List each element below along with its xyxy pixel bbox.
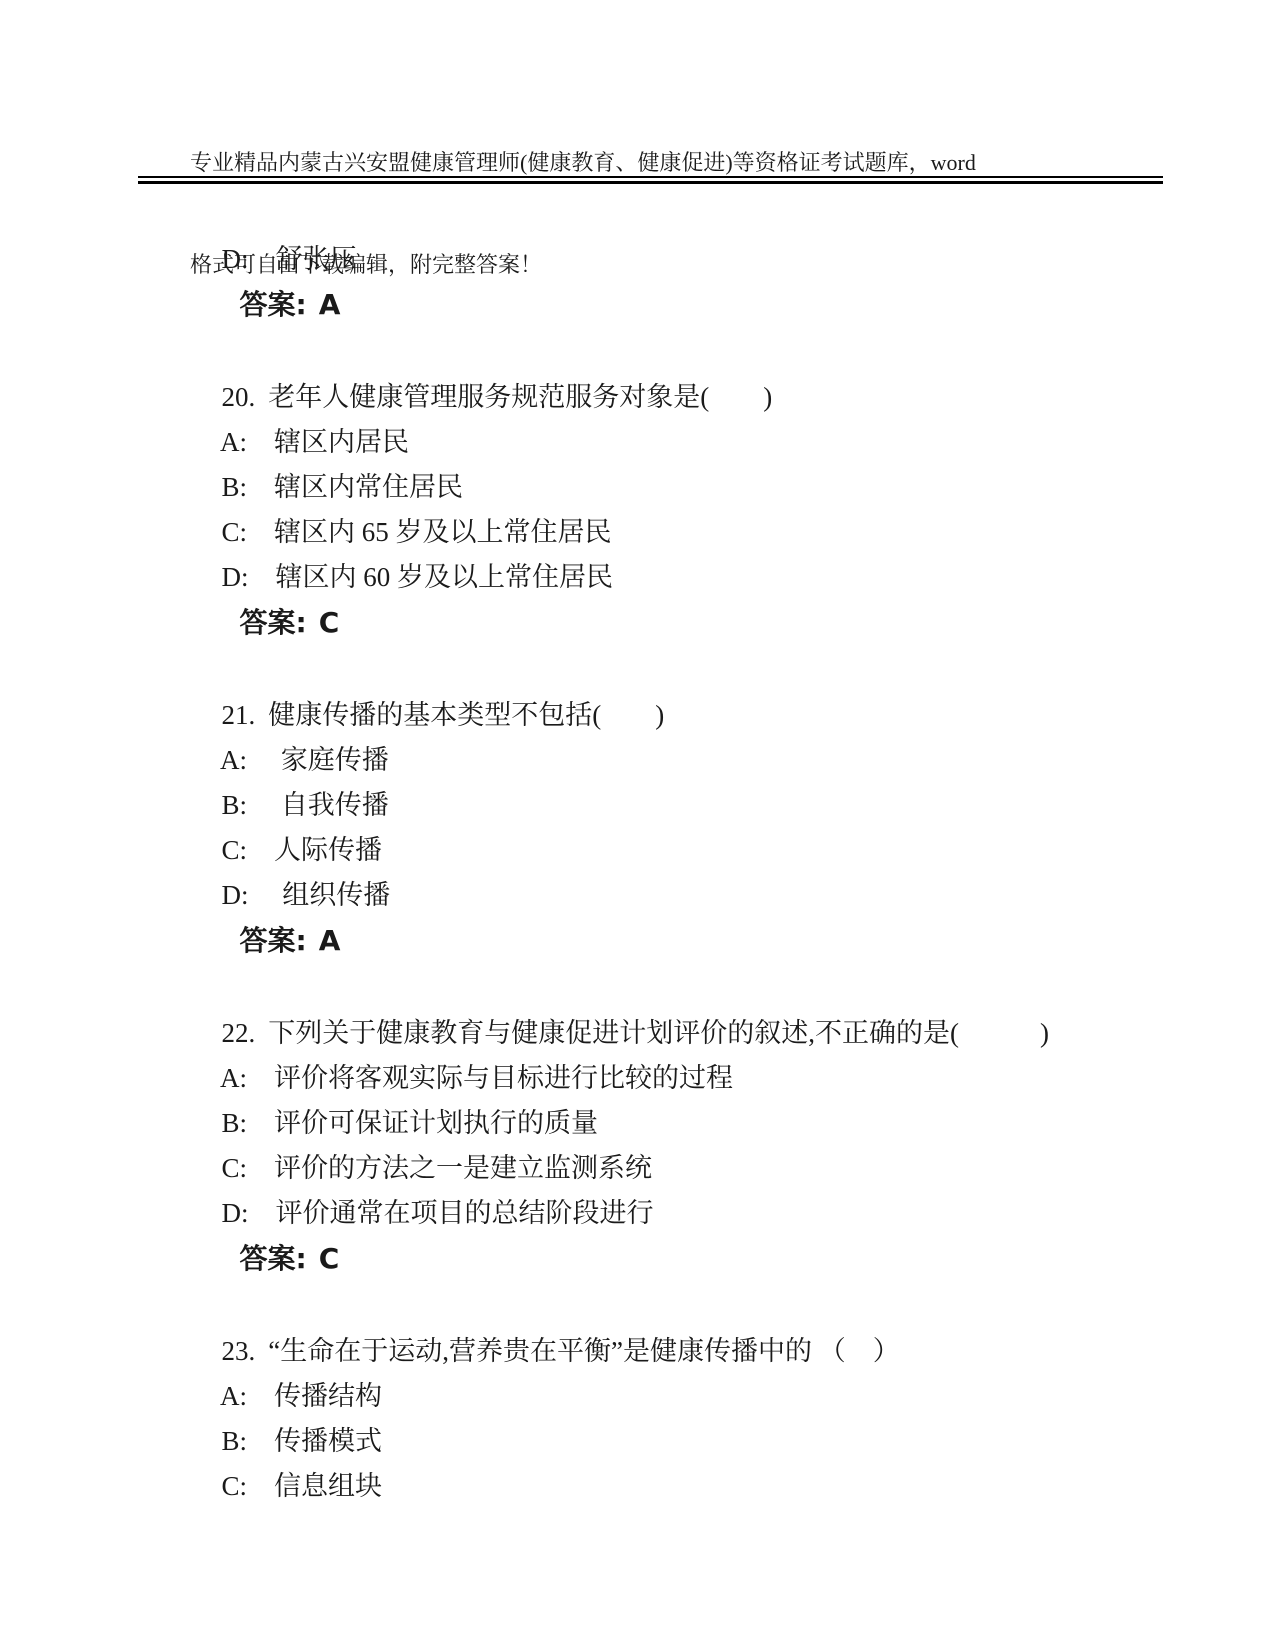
- option-label: C:: [222, 1471, 248, 1501]
- question-row: 20.老年人健康管理服务规范服务对象是( ): [181, 330, 1049, 375]
- option-text: 组织传播: [249, 880, 391, 910]
- answer-label: 答案:: [240, 924, 307, 957]
- answer-label: 答案:: [240, 1242, 307, 1275]
- option-label: A:: [220, 427, 247, 457]
- answer-label: 答案:: [240, 288, 307, 321]
- answer-value: A: [319, 288, 341, 321]
- question-row: 21.健康传播的基本类型不包括( ): [181, 648, 1049, 693]
- answer-value: C: [319, 1242, 340, 1275]
- option-label: D:: [222, 244, 249, 274]
- option-text: 自我传播: [247, 790, 389, 820]
- option-text: 评价通常在项目的总结阶段进行: [249, 1198, 654, 1228]
- option-label: C:: [222, 517, 248, 547]
- option-label: D:: [222, 562, 249, 592]
- option-label: D:: [222, 880, 249, 910]
- option-label: B:: [222, 1426, 248, 1456]
- option-label: D:: [222, 1198, 249, 1228]
- option-label: C:: [222, 1153, 248, 1183]
- option-label: B:: [222, 1108, 248, 1138]
- document-body: D: 舒张压 答案:A 20.老年人健康管理服务规范服务对象是( ) A: 辖区…: [181, 192, 1049, 1464]
- option-text: 评价的方法之一是建立监测系统: [247, 1153, 652, 1183]
- option-text: 辖区内居民: [247, 427, 409, 457]
- question-stem: 下列关于健康教育与健康促进计划评价的叙述,不正确的是( ): [268, 1018, 1049, 1048]
- option-label: A:: [220, 1381, 247, 1411]
- option-text: 辖区内 60 岁及以上常住居民: [249, 562, 614, 592]
- option-label: A:: [220, 745, 247, 775]
- question-row: 23.“生命在于运动,营养贵在平衡”是健康传播中的 （ ）: [181, 1284, 1049, 1329]
- question-row: 22.下列关于健康教育与健康促进计划评价的叙述,不正确的是( ): [181, 966, 1049, 1011]
- option-text: 辖区内常住居民: [247, 472, 463, 502]
- option-text: 家庭传播: [247, 745, 389, 775]
- question-stem: 健康传播的基本类型不包括( ): [268, 700, 664, 730]
- option-text: 舒张压: [249, 244, 357, 274]
- option-text: 评价可保证计划执行的质量: [247, 1108, 598, 1138]
- option-label: B:: [222, 790, 248, 820]
- answer-label: 答案:: [240, 606, 307, 639]
- option-label: B:: [222, 472, 248, 502]
- question-number: 23.: [222, 1336, 256, 1366]
- option-label: C:: [222, 835, 248, 865]
- answer-value: C: [319, 606, 340, 639]
- question-number: 21.: [222, 700, 256, 730]
- question-stem: 老年人健康管理服务规范服务对象是( ): [268, 382, 772, 412]
- question-number: 20.: [222, 382, 256, 412]
- option-text: 辖区内 65 岁及以上常住居民: [247, 517, 612, 547]
- option-text: 评价将客观实际与目标进行比较的过程: [247, 1063, 733, 1093]
- option-text: 传播结构: [247, 1381, 382, 1411]
- option-text: 传播模式: [247, 1426, 382, 1456]
- answer-value: A: [319, 924, 341, 957]
- question-number: 22.: [222, 1018, 256, 1048]
- option-text: 信息组块: [247, 1471, 382, 1501]
- option-row: D: 舒张压: [181, 192, 1049, 237]
- header-line-1: 专业精品内蒙古兴安盟健康管理师(健康教育、健康促进)等资格证考试题库，word: [190, 146, 976, 180]
- document-page: 专业精品内蒙古兴安盟健康管理师(健康教育、健康促进)等资格证考试题库，word …: [0, 0, 1275, 1650]
- question-stem: “生命在于运动,营养贵在平衡”是健康传播中的 （ ）: [268, 1336, 899, 1366]
- option-text: 人际传播: [247, 835, 382, 865]
- header-divider: [138, 176, 1163, 184]
- option-label: A:: [220, 1063, 247, 1093]
